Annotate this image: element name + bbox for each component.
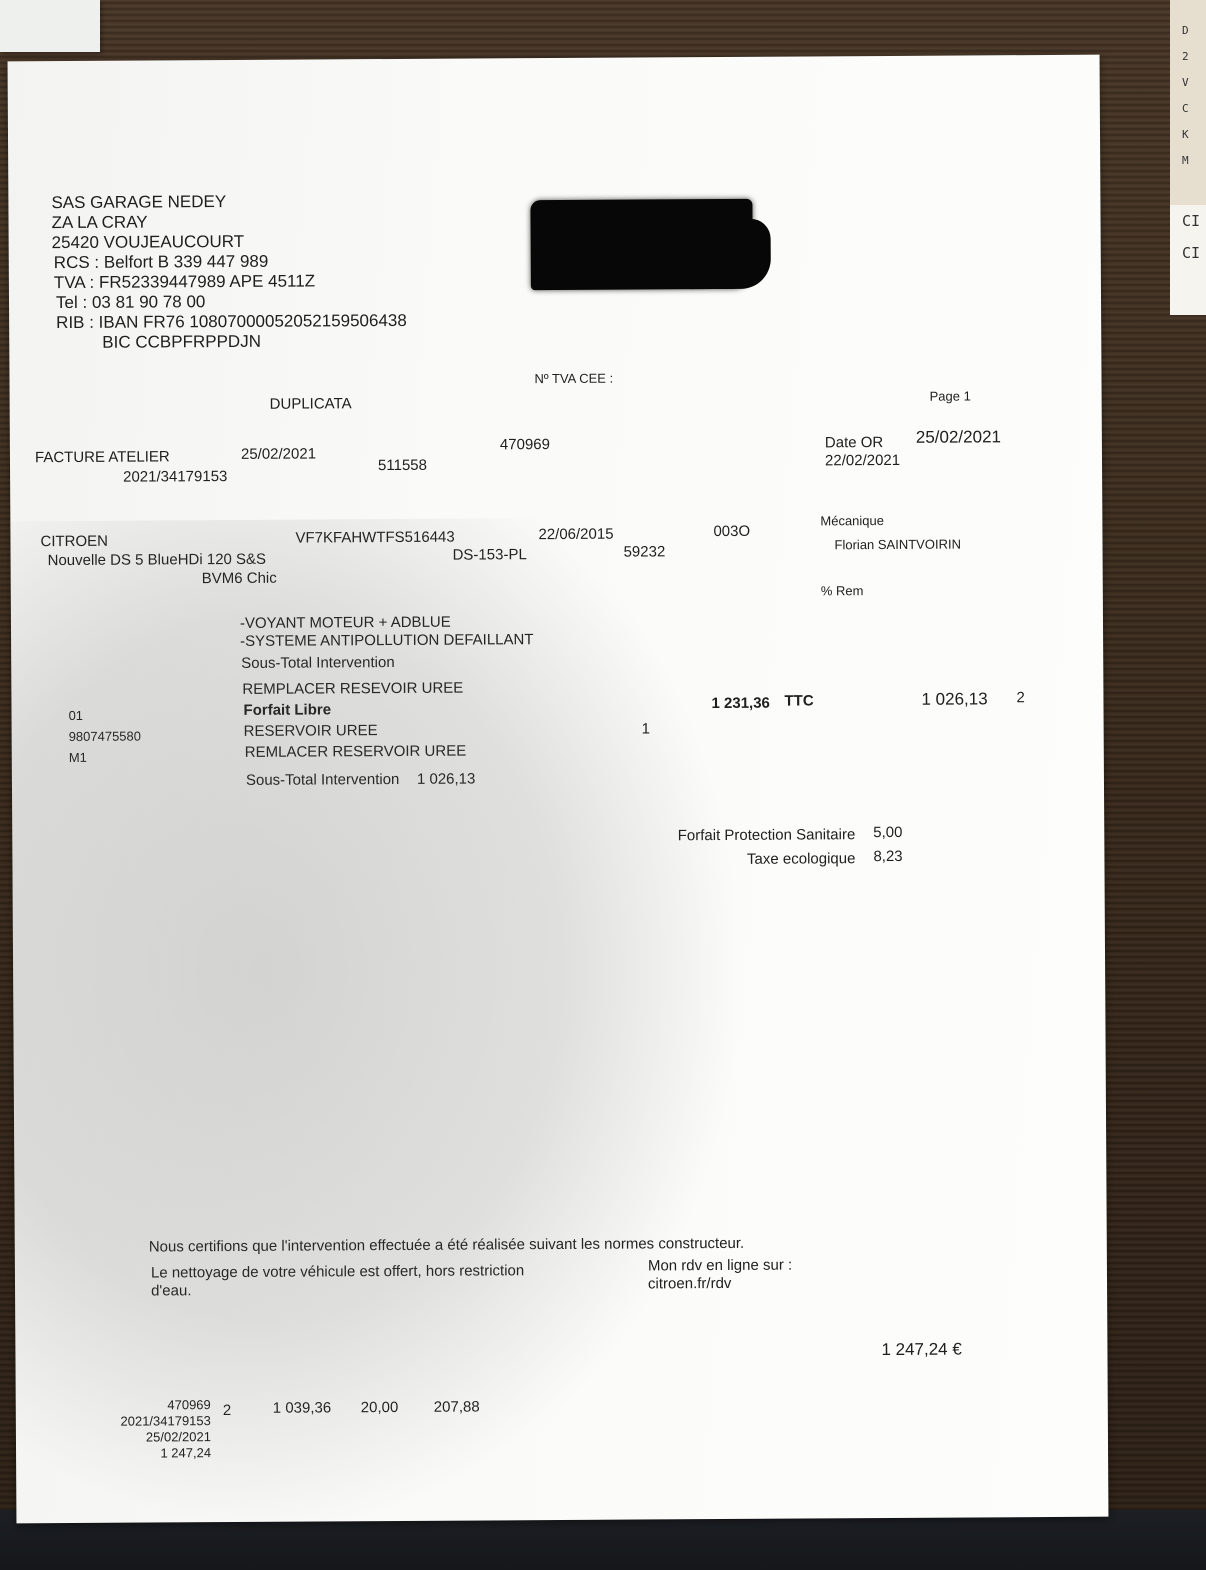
summary-base-ht: 1 039,36	[273, 1399, 331, 1417]
duplicata-label: DUPLICATA	[270, 395, 352, 414]
cleaning-text-1: Le nettoyage de votre véhicule est offer…	[151, 1262, 524, 1282]
line-quantity: 1	[642, 720, 650, 738]
cleaning-text-2: d'eau.	[151, 1282, 192, 1300]
background-receipt-right: D 2 V C K M CI CI	[1170, 0, 1206, 315]
date-or-value: 25/02/2021	[916, 427, 1001, 448]
total-amount: 1 247,24 €	[881, 1340, 961, 1360]
company-tva: TVA : FR52339447989 APE 4511Z	[54, 271, 315, 293]
intervention-subtotal-label: Sous-Total Intervention	[246, 771, 400, 790]
rdv-text-1: Mon rdv en ligne sur :	[648, 1257, 792, 1276]
complaint-subtotal-label: Sous-Total Intervention	[241, 654, 395, 673]
tva-cee-label: Nº TVA CEE :	[534, 370, 613, 388]
invoice-date: 25/02/2021	[241, 445, 316, 463]
extra-value: 5,00	[873, 824, 902, 842]
receipt-char: D	[1182, 18, 1206, 44]
rdv-text-2: citroen.fr/rdv	[648, 1275, 731, 1294]
line-label: Forfait Libre	[243, 701, 331, 720]
vehicle-brand: CITROEN	[40, 533, 108, 551]
invoice-number: 2021/34179153	[123, 468, 227, 487]
summary-total: 1 247,24	[106, 1444, 211, 1463]
invoice-ref-2: 511558	[378, 457, 427, 475]
summary-vat-amount: 207,88	[434, 1398, 480, 1416]
receipt-char: M	[1182, 148, 1206, 174]
line-label: REMLACER RESERVOIR UREE	[245, 743, 467, 762]
receipt-char: CI	[1170, 205, 1206, 237]
price-ttc: 1 231,36	[711, 695, 769, 713]
receipt-char: 2	[1182, 44, 1206, 70]
extra-label: Taxe ecologique	[612, 850, 855, 869]
line-code: M1	[69, 749, 87, 767]
intervention-title: REMPLACER RESEVOIR UREE	[242, 680, 463, 699]
complaint-line-2: -SYSTEME ANTIPOLLUTION DEFAILLANT	[240, 631, 534, 651]
receipt-char: CI	[1170, 237, 1206, 269]
amount-ht: 1 026,13	[921, 689, 987, 709]
company-rib: RIB : IBAN FR76 10807000052052159506438	[56, 311, 407, 333]
complaint-line-1: -VOYANT MOTEUR + ADBLUE	[240, 614, 451, 633]
vehicle-plate: DS-153-PL	[453, 546, 527, 564]
extra-label: Forfait Protection Sanitaire	[612, 826, 855, 845]
company-bic: BIC CCBPFRPPDJN	[102, 332, 261, 353]
company-rcs: RCS : Belfort B 339 447 989	[54, 252, 269, 273]
company-tel: Tel : 03 81 90 78 00	[56, 292, 205, 313]
receipt-char: C	[1182, 96, 1206, 122]
date-or-label: Date OR	[825, 434, 883, 452]
vehicle-code: 003O	[713, 523, 750, 541]
extra-value: 8,23	[873, 848, 902, 866]
ttc-label: TTC	[784, 692, 813, 710]
line-label: RESERVOIR UREE	[244, 722, 378, 741]
line-code: 9807475580	[69, 728, 141, 746]
redacted-customer-block	[530, 199, 753, 290]
vehicle-mileage: 59232	[624, 543, 666, 561]
page-number: Page 1	[930, 387, 971, 405]
company-name: SAS GARAGE NEDEY	[51, 192, 226, 213]
company-address-1: ZA LA CRAY	[51, 212, 147, 233]
summary-code: 2	[223, 1402, 231, 1420]
mechanic-name: Florian SAINTVOIRIN	[834, 536, 961, 555]
summary-rate: 20,00	[361, 1399, 399, 1417]
receipt-char: V	[1182, 70, 1206, 96]
background-paper-top-left	[0, 0, 100, 52]
line-code: 01	[68, 707, 83, 725]
rem-label: % Rem	[821, 582, 864, 600]
invoice-type: FACTURE ATELIER	[35, 448, 170, 467]
receipt-char: K	[1182, 122, 1206, 148]
vat-code: 2	[1016, 689, 1024, 707]
mechanic-label: Mécanique	[820, 512, 884, 530]
intervention-subtotal-value: 1 026,13	[417, 771, 475, 789]
vehicle-model: Nouvelle DS 5 BlueHDi 120 S&S	[48, 551, 267, 570]
vehicle-first-registration: 22/06/2015	[538, 526, 613, 544]
vehicle-trim: BVM6 Chic	[202, 570, 277, 588]
invoice-sheet: SAS GARAGE NEDEY ZA LA CRAY 25420 VOUJEA…	[8, 55, 1109, 1524]
date-or-second: 22/02/2021	[825, 452, 900, 470]
certification-text: Nous certifions que l'intervention effec…	[149, 1235, 745, 1257]
vehicle-vin: VF7KFAHWTFS516443	[295, 529, 454, 548]
company-address-2: 25420 VOUJEAUCOURT	[52, 232, 245, 253]
invoice-ref-1: 470969	[500, 436, 550, 454]
